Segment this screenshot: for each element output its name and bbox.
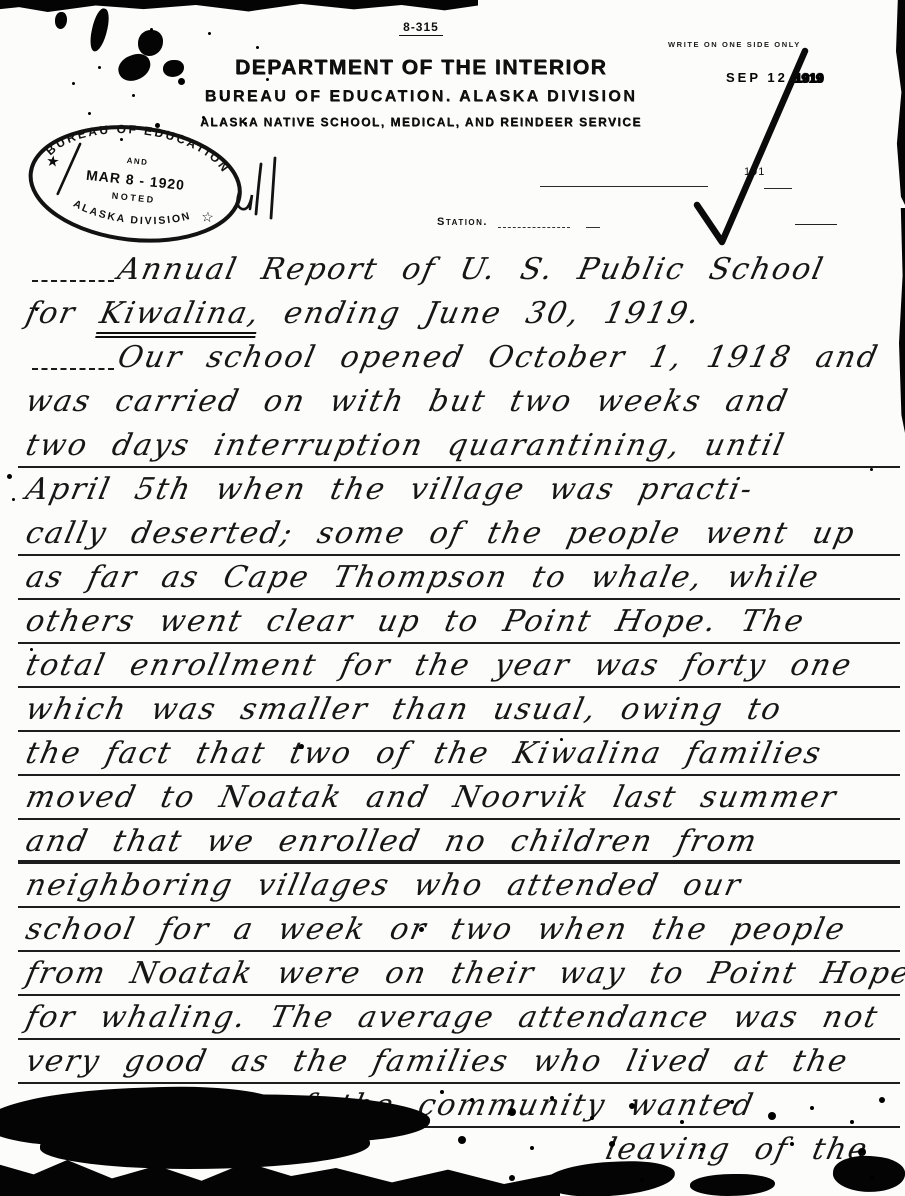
handwriting-underlined-text: Kiwalina, bbox=[95, 296, 263, 338]
handwriting-text: Our school opened October 1, 1918 and bbox=[115, 340, 883, 375]
handwriting-text: two days interruption quarantining, unti… bbox=[23, 428, 789, 463]
scan-speckles bbox=[60, 20, 63, 23]
handwriting-text: was carried on with but two weeks and bbox=[23, 384, 793, 419]
ink-smudge bbox=[690, 1174, 775, 1196]
scan-speckles bbox=[440, 1090, 444, 1094]
handwriting-text: for whaling. The average attendance was … bbox=[23, 1000, 883, 1035]
handwriting-text: the fact that two of the Kiwalina famili… bbox=[23, 736, 826, 771]
handwriting-text: and that we enrolled no children from bbox=[23, 824, 762, 859]
handwriting-block: Annual Report of U. S. Public School for… bbox=[22, 250, 890, 1174]
handwriting-line: from Noatak were on their way to Point H… bbox=[22, 954, 890, 998]
handwriting-text: total enrollment for the year was forty … bbox=[23, 648, 856, 683]
stamp-date: MAR 8 - 1920 bbox=[85, 167, 185, 193]
handwriting-line: leaving of the bbox=[22, 1130, 890, 1174]
handwriting-line: moved to Noatak and Noorvik last summer bbox=[22, 778, 890, 822]
handwriting-text: as far as Cape Thompson to whale, while bbox=[23, 560, 824, 595]
handwriting-text: others went clear up to Point Hope. The bbox=[23, 604, 809, 639]
scan-edge-noise-right bbox=[899, 208, 905, 433]
handwriting-text: school for a week or two when the people bbox=[23, 912, 850, 947]
handwriting-line: and that we enrolled no children from bbox=[22, 822, 890, 866]
handwritten-initials-mark bbox=[228, 156, 306, 222]
station-label: Station. bbox=[437, 216, 488, 228]
handwriting-line: which was smaller than usual, owing to bbox=[22, 690, 890, 734]
scan-edge-noise-top bbox=[0, 0, 478, 13]
stamp-left-star-icon: ★ bbox=[45, 153, 60, 171]
handwriting-text: for bbox=[23, 296, 104, 331]
handwriting-line: two days interruption quarantining, unti… bbox=[22, 426, 890, 470]
station-blank-line bbox=[498, 227, 570, 228]
handwriting-line: Our school opened October 1, 1918 and bbox=[22, 338, 890, 382]
handwriting-line: as far as Cape Thompson to whale, while bbox=[22, 558, 890, 602]
handwriting-line: April 5th when the village was practi- bbox=[22, 470, 890, 514]
handwriting-line: cally deserted; some of the people went … bbox=[22, 514, 890, 558]
handwriting-text: cally deserted; some of the people went … bbox=[23, 516, 859, 551]
handwriting-line: total enrollment for the year was forty … bbox=[22, 646, 890, 690]
handwriting-line: neighboring villages who attended our bbox=[22, 866, 890, 910]
station-blank-line-end bbox=[586, 227, 600, 228]
handwriting-text: of the community wanted bbox=[278, 1088, 758, 1123]
scanned-document-page: 8-315 WRITE ON ONE SIDE ONLY DEPARTMENT … bbox=[0, 0, 905, 1196]
bureau-received-stamp: BUREAU OF EDUCATION ALASKA DIVISION AND … bbox=[14, 110, 258, 262]
stamp-and-label: AND bbox=[126, 156, 149, 167]
handwriting-text: Annual Report of U. S. Public School bbox=[115, 252, 828, 287]
handwriting-line: school for a week or two when the people bbox=[22, 910, 890, 954]
handwriting-text: very good as the families who lived at t… bbox=[23, 1044, 852, 1079]
handwriting-text: leaving of the bbox=[603, 1132, 872, 1167]
handwriting-line: of the community wanted bbox=[22, 1086, 890, 1130]
handwriting-line: others went clear up to Point Hope. The bbox=[22, 602, 890, 646]
handwriting-text: ending June 30, 1919. bbox=[256, 296, 704, 331]
handwriting-text: moved to Noatak and Noorvik last summer bbox=[23, 780, 841, 815]
handwriting-line: for whaling. The average attendance was … bbox=[22, 998, 890, 1042]
handwriting-line: very good as the families who lived at t… bbox=[22, 1042, 890, 1086]
handwriting-text: from Noatak were on their way to Point H… bbox=[23, 956, 905, 991]
form-number: 8-315 bbox=[0, 20, 842, 34]
scan-edge-noise-right bbox=[901, 440, 904, 625]
stamp-noted-label: NOTED bbox=[111, 191, 156, 206]
handwriting-text: which was smaller than usual, owing to bbox=[23, 692, 786, 727]
handwriting-line: was carried on with but two weeks and bbox=[22, 382, 890, 426]
handwriting-line: the fact that two of the Kiwalina famili… bbox=[22, 734, 890, 778]
handwriting-text: neighboring villages who attended our bbox=[23, 868, 746, 903]
stamp-right-star-icon: ☆ bbox=[200, 208, 214, 225]
checkmark-icon bbox=[680, 35, 820, 250]
handwriting-text: April 5th when the village was practi- bbox=[23, 472, 757, 507]
handwriting-line: Annual Report of U. S. Public School bbox=[22, 250, 890, 294]
handwriting-line: for Kiwalina, ending June 30, 1919. bbox=[22, 294, 890, 338]
scan-edge-noise-right bbox=[896, 0, 905, 205]
